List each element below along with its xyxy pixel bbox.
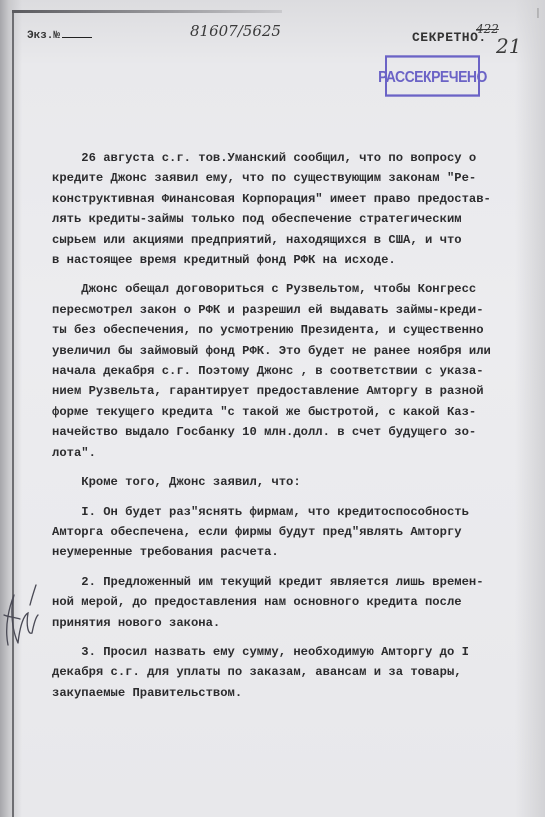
paragraph: 3. Просил назвать ему сумму, необходимую… xyxy=(52,642,522,703)
page-number: 21 xyxy=(496,34,521,58)
declassified-stamp: РАССЕКРЕЧЕНО xyxy=(385,55,480,96)
text-line: 2. Предложенный им текущий кредит являет… xyxy=(52,572,522,592)
text-line: закупаемые Правительством. xyxy=(52,683,522,703)
paragraph: 2. Предложенный им текущий кредит являет… xyxy=(52,572,522,633)
text-line: ты без обеспечения, по усмотрению Презид… xyxy=(52,320,522,340)
text-line: 26 августа с.г. тов.Уманский сообщил, чт… xyxy=(52,148,522,168)
paragraph-gap xyxy=(52,633,522,642)
text-line: начала декабря с.г. Поэтому Джонс , в со… xyxy=(52,361,522,381)
paragraph-gap xyxy=(52,563,522,572)
paragraph: Кроме того, Джонс заявил, что: xyxy=(52,472,522,492)
text-line: декабря с.г. для уплаты по заказам, аван… xyxy=(52,662,522,682)
page-corner-mark xyxy=(537,8,539,18)
text-line: неумеренные требования расчета. xyxy=(52,542,522,562)
handwritten-page-number: 422 21 xyxy=(476,22,521,58)
text-line: лота". xyxy=(52,443,522,463)
paragraph-gap xyxy=(52,493,522,502)
text-line: в настоящее время кредитный фонд РФК на … xyxy=(52,250,522,270)
text-line: Кроме того, Джонс заявил, что: xyxy=(52,472,522,492)
text-line: сырьем или акциями предприятий, находящи… xyxy=(52,230,522,250)
document-page: Экз.№ 81607/5625 СЕКРЕТНО. 422 21 РАССЕК… xyxy=(0,0,545,817)
text-line: начейство выдало Госбанку 10 млн.долл. в… xyxy=(52,422,522,442)
document-body: 26 августа с.г. тов.Уманский сообщил, чт… xyxy=(52,148,522,703)
paragraph: 26 августа с.г. тов.Уманский сообщил, чт… xyxy=(52,148,522,270)
paragraph: Джонс обещал договориться с Рузвельтом, … xyxy=(52,279,522,463)
text-line: 3. Просил назвать ему сумму, необходимую… xyxy=(52,642,522,662)
text-line: Амторга обеспечена, если фирмы будут пре… xyxy=(52,522,522,542)
copy-number-blank xyxy=(62,37,92,38)
text-line: пересмотрел закон о РФК и разрешил ей вы… xyxy=(52,300,522,320)
handwritten-registry-number: 81607/5625 xyxy=(190,22,281,40)
text-line: лять кредиты-займы только под обеспечени… xyxy=(52,209,522,229)
paragraph: I. Он будет раз"яснять фирмам, что креди… xyxy=(52,502,522,563)
margin-signature-icon xyxy=(0,575,45,655)
text-line: ной мерой, до предоставления нам основно… xyxy=(52,592,522,612)
text-line: конструктивная Финансовая Корпорация" им… xyxy=(52,189,522,209)
text-line: принятия нового закона. xyxy=(52,613,522,633)
copy-number-text: Экз.№ xyxy=(27,30,60,42)
text-line: форме текущего кредита "с такой же быстр… xyxy=(52,402,522,422)
copy-number-label: Экз.№ xyxy=(27,30,92,42)
text-line: Джонс обещал договориться с Рузвельтом, … xyxy=(52,279,522,299)
text-line: увеличил бы займовый фонд РФК. Это будет… xyxy=(52,341,522,361)
paragraph-gap xyxy=(52,463,522,472)
page-edge-line xyxy=(12,12,14,817)
text-line: I. Он будет раз"яснять фирмам, что креди… xyxy=(52,502,522,522)
paragraph-gap xyxy=(52,270,522,279)
text-line: кредите Джонс заявил ему, что по существ… xyxy=(52,168,522,188)
text-line: нием Рузвельта, гарантирует предоставлен… xyxy=(52,381,522,401)
page-top-shadow xyxy=(12,10,282,13)
